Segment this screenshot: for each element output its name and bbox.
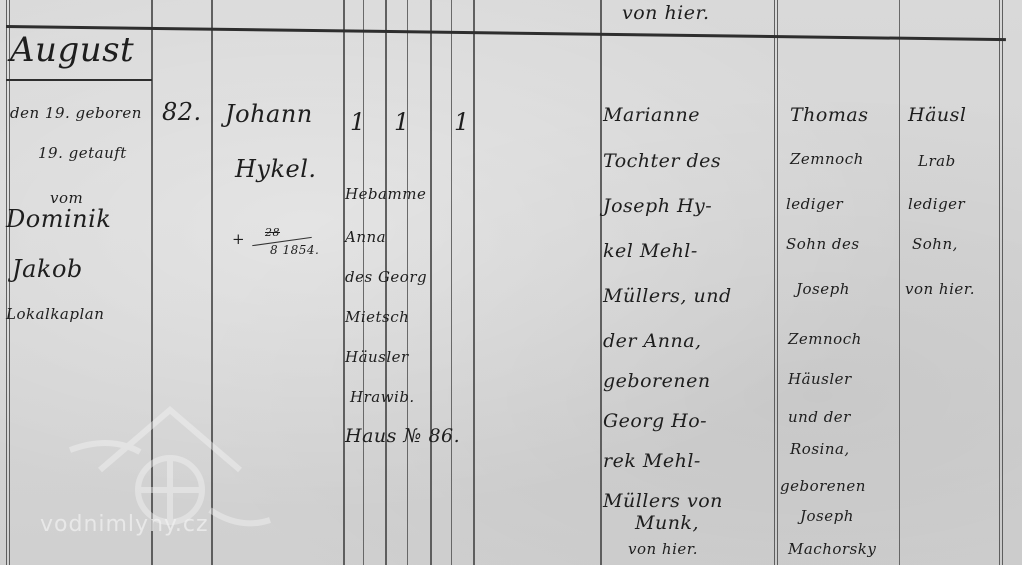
mother-line-1: Marianne bbox=[603, 104, 700, 126]
mother-line-6: der Anna, bbox=[603, 330, 702, 352]
rule-father-col bbox=[774, 0, 778, 565]
midwife-line-5: Häusler bbox=[345, 348, 409, 366]
father-line-11: Joseph bbox=[800, 507, 854, 525]
right-line-2: Lrab bbox=[918, 152, 956, 170]
house-number: 82. bbox=[162, 98, 202, 126]
father-line-4: Sohn des bbox=[786, 235, 860, 253]
priest-title: Lokalkaplan bbox=[6, 305, 104, 323]
prev-entry-fragment: von hier. bbox=[622, 2, 710, 24]
father-line-9: Rosina, bbox=[790, 440, 850, 458]
rule-date-col bbox=[151, 0, 153, 565]
rule-right-col bbox=[899, 0, 900, 565]
death-day: 28 bbox=[265, 226, 280, 239]
child-surname: Hykel. bbox=[235, 155, 317, 183]
midwife-line-4: Mietsch bbox=[345, 308, 409, 326]
mother-line-8: Georg Ho- bbox=[603, 410, 707, 432]
father-line-1: Thomas bbox=[790, 104, 868, 126]
child-first-name: Johann bbox=[225, 100, 313, 128]
midwife-line-2: Anna bbox=[345, 228, 386, 246]
death-cross: + bbox=[232, 230, 245, 248]
month-underline bbox=[6, 79, 152, 81]
rule-mother-col bbox=[600, 0, 602, 565]
mother-line-2: Tochter des bbox=[603, 150, 721, 172]
rule-right-margin bbox=[999, 0, 1003, 565]
father-line-7: Häusler bbox=[788, 370, 852, 388]
mother-line-9: rek Mehl- bbox=[603, 450, 701, 472]
right-line-3: lediger bbox=[908, 195, 965, 213]
rule-left-margin bbox=[6, 0, 10, 565]
mother-line-4: kel Mehl- bbox=[603, 240, 698, 262]
rule-tally-5 bbox=[451, 0, 452, 565]
father-line-2: Zemnoch bbox=[790, 150, 864, 168]
priest-last-name: Jakob bbox=[12, 255, 83, 283]
father-line-3: lediger bbox=[786, 195, 843, 213]
right-line-5: von hier. bbox=[905, 280, 975, 298]
birth-date: den 19. geboren bbox=[10, 104, 142, 122]
right-line-1: Häusl bbox=[908, 104, 966, 126]
register-page: von hier. August den 19. geboren 19. get… bbox=[0, 0, 1022, 565]
rule-tally-6 bbox=[473, 0, 475, 565]
rule-tally-4 bbox=[430, 0, 432, 565]
father-line-6: Zemnoch bbox=[788, 330, 862, 348]
tally-mark-2: 1 bbox=[394, 108, 410, 136]
tally-mark-3: 1 bbox=[454, 108, 470, 136]
priest-first-name: Dominik bbox=[6, 205, 111, 233]
row-separator bbox=[6, 25, 1006, 41]
mother-line-3: Joseph Hy- bbox=[603, 195, 712, 217]
midwife-line-1: Hebamme bbox=[345, 185, 426, 203]
mother-line-12: von hier. bbox=[628, 540, 698, 558]
baptism-date: 19. getauft bbox=[38, 144, 127, 162]
father-line-8: und der bbox=[788, 408, 851, 426]
mother-line-7: geborenen bbox=[603, 370, 711, 392]
rule-number-col bbox=[211, 0, 213, 565]
watermark-text: vodnimlyny.cz bbox=[40, 512, 209, 537]
mother-line-5: Müllers, und bbox=[603, 285, 732, 307]
father-line-12: Machorsky bbox=[788, 540, 876, 558]
month-header: August bbox=[10, 30, 134, 70]
midwife-house-number: Haus № 86. bbox=[345, 425, 460, 447]
tally-mark-1: 1 bbox=[350, 108, 366, 136]
death-month-year: 8 1854. bbox=[270, 243, 319, 257]
right-line-4: Sohn, bbox=[912, 235, 958, 253]
midwife-line-6: Hrawib. bbox=[350, 388, 415, 406]
mother-line-11: Munk, bbox=[635, 512, 699, 534]
father-line-10: geborenen bbox=[780, 477, 866, 495]
midwife-line-3: des Georg bbox=[345, 268, 427, 286]
father-line-5: Joseph bbox=[796, 280, 850, 298]
mother-line-10: Müllers von bbox=[603, 490, 723, 512]
